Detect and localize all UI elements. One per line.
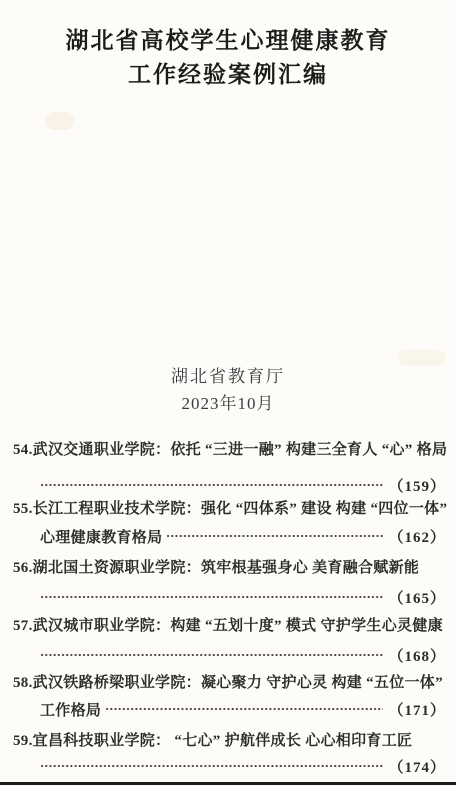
toc-entry-55-title: 55.长江工程职业技术学院：强化 “四体系” 建设 构建 “四位一体” — [13, 497, 450, 518]
toc-entry-text: 武汉城市职业学院：构建 “五划十度” 模式 守护学生心灵健康 — [33, 618, 443, 634]
toc-entry-54-leader-row: （159） — [40, 476, 446, 494]
toc-entry-number: 57. — [13, 618, 33, 634]
toc-entry-56-leader-row: （165） — [40, 588, 446, 606]
toc-entry-58-title: 58.武汉铁路桥梁职业学院：凝心聚力 守护心灵 构建 “五位一体” — [13, 671, 450, 692]
toc-page-number: （171） — [388, 699, 446, 720]
toc-leader-dots — [40, 761, 383, 771]
toc-leader-dots — [40, 650, 383, 660]
toc-entry-text-continued: 心理健康教育格局 — [40, 526, 162, 547]
toc-entry-text: 湖北国土资源职业学院：筑牢根基强身心 美育融合赋新能 — [33, 560, 420, 576]
scanned-document-page: 湖北省高校学生心理健康教育 工作经验案例汇编 湖北省教育厅 2023年10月 5… — [0, 0, 456, 787]
toc-entry-text: 武汉交通职业学院：依托 “三进一融” 构建三全育人 “心” 格局 — [33, 442, 448, 458]
toc-page-number: （174） — [388, 756, 446, 777]
toc-entry-number: 58. — [13, 675, 33, 691]
toc-entry-text-continued: 工作格局 — [40, 699, 101, 720]
toc-leader-dots — [40, 592, 383, 602]
toc-entry-text: 宜昌科技职业学院： “七心” 护航伴成长 心心相印育工匠 — [33, 733, 413, 749]
toc-entry-59-title: 59.宜昌科技职业学院： “七心” 护航伴成长 心心相印育工匠 — [13, 729, 450, 750]
toc-entry-54-title: 54.武汉交通职业学院：依托 “三进一融” 构建三全育人 “心” 格局 — [13, 438, 450, 459]
toc-leader-dots — [105, 704, 383, 714]
toc-entry-text: 武汉铁路桥梁职业学院：凝心聚力 守护心灵 构建 “五位一体” — [33, 675, 443, 691]
toc-leader-dots — [166, 531, 383, 541]
toc-entry-number: 55. — [13, 501, 33, 517]
page-bottom-edge — [0, 782, 456, 785]
toc-entry-number: 54. — [13, 442, 33, 458]
toc-entry-57-title: 57.武汉城市职业学院：构建 “五划十度” 模式 守护学生心灵健康 — [13, 614, 450, 635]
toc-entry-55-leader-row: 心理健康教育格局 （162） — [40, 527, 446, 545]
toc-page-number: （168） — [388, 645, 446, 666]
toc-entry-number: 59. — [13, 733, 33, 749]
toc-page-number: （162） — [388, 526, 446, 547]
toc-entry-56-title: 56.湖北国土资源职业学院：筑牢根基强身心 美育融合赋新能 — [13, 556, 450, 577]
toc-page-number: （165） — [388, 587, 446, 608]
toc-leader-dots — [40, 480, 383, 490]
table-of-contents: 54.武汉交通职业学院：依托 “三进一融” 构建三全育人 “心” 格局 （159… — [0, 0, 456, 787]
toc-entry-57-leader-row: （168） — [40, 646, 446, 664]
toc-entry-58-leader-row: 工作格局 （171） — [40, 700, 446, 718]
toc-entry-text: 长江工程职业技术学院：强化 “四体系” 建设 构建 “四位一体” — [33, 501, 448, 517]
toc-entry-number: 56. — [13, 560, 33, 576]
toc-entry-59-leader-row: （174） — [40, 757, 446, 775]
toc-page-number: （159） — [388, 475, 446, 496]
